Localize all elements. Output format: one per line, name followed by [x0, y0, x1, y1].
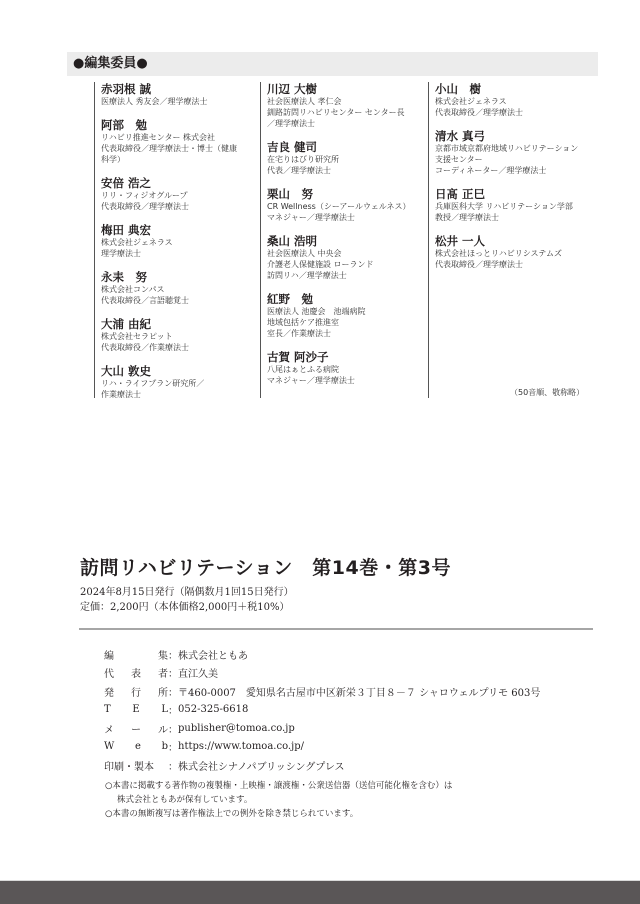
colophon-value[interactable]: publisher@tomoa.co.jp — [178, 723, 295, 734]
member-affiliation: コーディネーター／理学療法士 — [435, 165, 598, 176]
member-affiliation: 支援センター — [435, 154, 598, 165]
member-name: 大山 敦史 — [101, 364, 254, 378]
member-affiliation: 株式会社コンパス — [101, 284, 254, 295]
publication-date: 2024年8月15日発行（隔偶数月1回15日発行） — [80, 583, 294, 598]
colophon-separator: ： — [168, 739, 178, 754]
member-affiliation: 代表取締役／言語聴覚士 — [101, 295, 254, 306]
member-affiliation: 代表取締役／理学療法士 — [101, 201, 254, 212]
divider — [79, 628, 593, 630]
member-affiliation: 医療法人 秀友会／理学療法士 — [101, 96, 254, 107]
board-member: 大浦 由紀株式会社セラピット代表取締役／作業療法士 — [101, 317, 254, 353]
board-member: 梅田 典宏株式会社ジェネラス理学療法士 — [101, 223, 254, 259]
member-name: 小山 樹 — [435, 82, 598, 96]
colophon-value[interactable]: https://www.tomoa.co.jp/ — [178, 741, 304, 752]
colophon-separator: ： — [168, 684, 178, 699]
colophon-label: Web — [104, 741, 168, 752]
colophon-value: 〒460-0007 愛知県名古屋市中区新栄３丁目８－７ シャロウェルプリモ 60… — [178, 684, 540, 699]
member-name: 桑山 浩明 — [267, 234, 428, 248]
member-affiliation: CR Wellness（シーアールウェルネス） — [267, 201, 428, 212]
colophon-row: Web：https://www.tomoa.co.jp/ — [104, 738, 540, 757]
colophon-value: 株式会社ともあ — [178, 647, 248, 662]
board-member: 川辺 大樹社会医療法人 孝仁会釧路訪問リハビリセンター センター長／理学療法士 — [267, 82, 428, 129]
board-member: 桑山 浩明社会医療法人 中央会介護老人保健施設 ローランド訪問リハ／理学療法士 — [267, 234, 428, 281]
colophon-label-char: ー — [131, 721, 141, 736]
member-name: 大浦 由紀 — [101, 317, 254, 331]
member-affiliation: 医療法人 池慶会 池端病院 — [267, 306, 428, 317]
colophon-label-char: 印刷・製本 — [104, 758, 154, 773]
colophon-label-char: ル — [158, 721, 168, 736]
colophon-separator: ： — [168, 721, 178, 736]
member-affiliation: 代表取締役／作業療法士 — [101, 342, 254, 353]
member-affiliation: 釧路訪問リハビリセンター センター長 — [267, 107, 428, 118]
colophon-label: 編集 — [104, 647, 168, 662]
member-affiliation: 室長／作業療法士 — [267, 328, 428, 339]
member-affiliation: リハ・ライフプラン研究所／ — [101, 378, 254, 389]
colophon-separator: ： — [168, 702, 178, 717]
board-member: 吉良 健司在宅りはびり研究所代表／理学療法士 — [267, 140, 428, 176]
board-member: 小山 樹株式会社ジェネラス代表取締役／理学療法士 — [435, 82, 598, 118]
editorial-board-header: ●編集委員● — [67, 52, 598, 76]
board-column-1: 赤羽根 誠医療法人 秀友会／理学療法士阿部 勉リハビリ推進センター 株式会社代表… — [94, 82, 254, 398]
member-name: 川辺 大樹 — [267, 82, 428, 96]
board-column-2: 川辺 大樹社会医療法人 孝仁会釧路訪問リハビリセンター センター長／理学療法士吉… — [260, 82, 428, 398]
colophon-label-char: 集 — [158, 647, 168, 662]
editorial-board-columns: 赤羽根 誠医療法人 秀友会／理学療法士阿部 勉リハビリ推進センター 株式会社代表… — [0, 82, 640, 402]
member-affiliation: 八尾はぁとふる病院 — [267, 364, 428, 375]
member-affiliation: 訪問リハ／理学療法士 — [267, 270, 428, 281]
price: 定価：2,200円（本体価格2,000円＋税10%） — [80, 598, 289, 613]
colophon-label-char: E — [132, 704, 139, 715]
member-affiliation: マネジャー／理学療法士 — [267, 375, 428, 386]
member-affiliation: 代表取締役／理学療法士・博士（健康 — [101, 143, 254, 154]
colophon-row: メール：publisher@tomoa.co.jp — [104, 719, 540, 738]
member-affiliation: 株式会社セラピット — [101, 331, 254, 342]
colophon-label-char: T — [104, 704, 111, 715]
member-name: 梅田 典宏 — [101, 223, 254, 237]
copyright-note: ○本書の無断複写は著作権法上での例外を除き禁じられています。 — [105, 807, 452, 821]
board-column-3: 小山 樹株式会社ジェネラス代表取締役／理学療法士清水 真弓京都市域京都府地域リハ… — [428, 82, 598, 398]
colophon-separator: ： — [168, 758, 178, 773]
board-member: 清水 真弓京都市域京都府地域リハビリテーション支援センターコーディネーター／理学… — [435, 129, 598, 176]
footer-bar — [0, 880, 640, 904]
colophon-label-char: メ — [104, 721, 114, 736]
member-name: 古賀 阿沙子 — [267, 350, 428, 364]
member-affiliation: 株式会社ほっとリハビリシステムズ — [435, 248, 598, 259]
member-affiliation: 作業療法士 — [101, 389, 254, 400]
member-affiliation: 介護老人保健施設 ローランド — [267, 259, 428, 270]
colophon-label-char: 者 — [158, 665, 168, 680]
colophon-label: メール — [104, 721, 168, 736]
member-affiliation: 代表／理学療法士 — [267, 165, 428, 176]
colophon-label-char: 行 — [131, 684, 141, 699]
member-affiliation: 社会医療法人 孝仁会 — [267, 96, 428, 107]
member-name: 赤羽根 誠 — [101, 82, 254, 96]
board-member: 栗山 努CR Wellness（シーアールウェルネス）マネジャー／理学療法士 — [267, 187, 428, 223]
member-name: 阿部 勉 — [101, 118, 254, 132]
colophon-value: 052-325-6618 — [178, 704, 248, 715]
member-name: 紅野 勉 — [267, 292, 428, 306]
member-affiliation: 株式会社ジェネラス — [101, 237, 254, 248]
colophon-label: 代表者 — [104, 665, 168, 680]
member-name: 永耒 努 — [101, 270, 254, 284]
colophon-row: 発行所：〒460-0007 愛知県名古屋市中区新栄３丁目８－７ シャロウェルプリ… — [104, 682, 540, 701]
colophon-row: TEL：052-325-6618 — [104, 701, 540, 720]
member-name: 日髙 正巳 — [435, 187, 598, 201]
member-name: 清水 真弓 — [435, 129, 598, 143]
member-affiliation: ／理学療法士 — [267, 118, 428, 129]
member-affiliation: 理学療法士 — [101, 248, 254, 259]
colophon-label-char: L — [161, 704, 168, 715]
colophon-value: 直江久美 — [178, 665, 218, 680]
member-affiliation: 兵庫医科大学 リハビリテーション学部 — [435, 201, 598, 212]
colophon-label-char: W — [104, 741, 114, 752]
colophon-separator: ： — [168, 665, 178, 680]
member-affiliation: 代表取締役／理学療法士 — [435, 107, 598, 118]
copyright-notes: ○本書に掲載する著作物の複製権・上映権・譲渡権・公衆送信器（送信可能化権を含む）… — [105, 779, 452, 821]
journal-title: 訪問リハビリテーション 第14巻・第3号 — [80, 553, 451, 580]
member-name: 吉良 健司 — [267, 140, 428, 154]
member-name: 栗山 努 — [267, 187, 428, 201]
member-affiliation: 社会医療法人 中央会 — [267, 248, 428, 259]
member-affiliation: 地域包括ケア推進室 — [267, 317, 428, 328]
member-affiliation: 科学） — [101, 154, 254, 165]
colophon-value: 株式会社シナノパブリッシングプレス — [178, 758, 345, 773]
member-name: 安倍 浩之 — [101, 176, 254, 190]
member-affiliation: リリ・フィジオグループ — [101, 190, 254, 201]
member-affiliation: 株式会社ジェネラス — [435, 96, 598, 107]
colophon-row: 編集：株式会社ともあ — [104, 645, 540, 664]
colophon: 編集：株式会社ともあ代表者：直江久美発行所：〒460-0007 愛知県名古屋市中… — [104, 645, 540, 775]
board-member: 安倍 浩之リリ・フィジオグループ代表取締役／理学療法士 — [101, 176, 254, 212]
colophon-label-char: e — [135, 741, 141, 752]
member-affiliation: 在宅りはびり研究所 — [267, 154, 428, 165]
colophon-label: TEL — [104, 704, 168, 715]
colophon-separator: ： — [168, 647, 178, 662]
colophon-label-char: 代 — [104, 665, 114, 680]
member-affiliation: 代表取締役／理学療法士 — [435, 259, 598, 270]
board-member: 紅野 勉医療法人 池慶会 池端病院地域包括ケア推進室室長／作業療法士 — [267, 292, 428, 339]
colophon-label-char: 編 — [104, 647, 114, 662]
colophon-row: 代表者：直江久美 — [104, 664, 540, 683]
colophon-label-char: 発 — [104, 684, 114, 699]
member-affiliation: 教授／理学療法士 — [435, 212, 598, 223]
order-note: （50音順、敬称略） — [510, 387, 584, 398]
board-member: 永耒 努株式会社コンパス代表取締役／言語聴覚士 — [101, 270, 254, 306]
copyright-note: 株式会社ともあが保有しています。 — [105, 793, 452, 807]
member-affiliation: 京都市域京都府地域リハビリテーション — [435, 143, 598, 154]
board-member: 阿部 勉リハビリ推進センター 株式会社代表取締役／理学療法士・博士（健康科学） — [101, 118, 254, 165]
board-member: 古賀 阿沙子八尾はぁとふる病院マネジャー／理学療法士 — [267, 350, 428, 386]
colophon-row: 印刷・製本：株式会社シナノパブリッシングプレス — [104, 756, 540, 775]
board-member: 松井 一人株式会社ほっとリハビリシステムズ代表取締役／理学療法士 — [435, 234, 598, 270]
board-member: 日髙 正巳兵庫医科大学 リハビリテーション学部教授／理学療法士 — [435, 187, 598, 223]
colophon-label-char: 表 — [131, 665, 141, 680]
colophon-label-char: 所 — [158, 684, 168, 699]
colophon-label: 発行所 — [104, 684, 168, 699]
member-name: 松井 一人 — [435, 234, 598, 248]
board-member: 大山 敦史リハ・ライフプラン研究所／作業療法士 — [101, 364, 254, 400]
colophon-label: 印刷・製本 — [104, 758, 168, 773]
member-affiliation: リハビリ推進センター 株式会社 — [101, 132, 254, 143]
board-member: 赤羽根 誠医療法人 秀友会／理学療法士 — [101, 82, 254, 107]
copyright-note: ○本書に掲載する著作物の複製権・上映権・譲渡権・公衆送信器（送信可能化権を含む）… — [105, 779, 452, 793]
member-affiliation: マネジャー／理学療法士 — [267, 212, 428, 223]
